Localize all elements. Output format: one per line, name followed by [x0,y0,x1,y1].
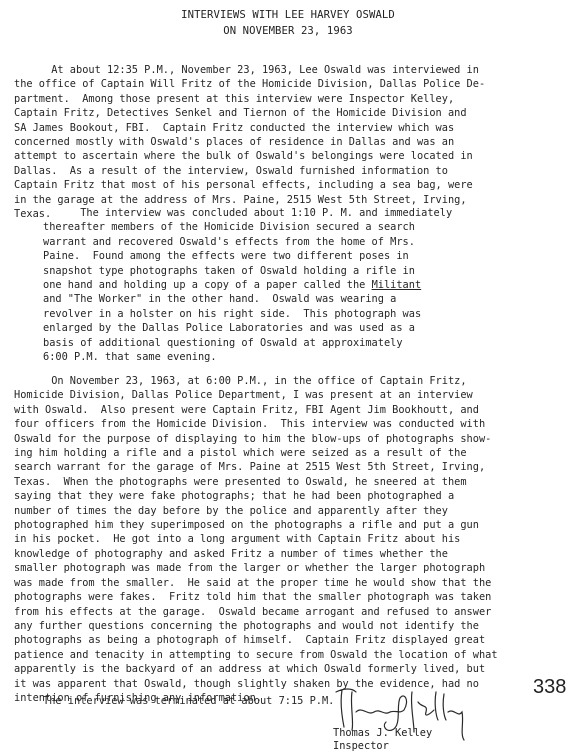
document-subtitle-date: ON NOVEMBER 23, 1963 [0,25,576,37]
paragraph-evening-interview: On November 23, 1963, at 6:00 P.M., in t… [14,374,498,705]
page-number: 338 [533,676,566,699]
paragraph-termination: The interview was terminated at about 7:… [43,694,334,708]
document-title: INTERVIEWS WITH LEE HARVEY OSWALD [0,9,576,21]
signature-block: Thomas J. Kelley Inspector [333,727,432,753]
paragraph-search-warrant: The interview was concluded about 1:10 P… [43,206,452,364]
signer-name: Thomas J. Kelley [333,727,432,739]
document-page: INTERVIEWS WITH LEE HARVEY OSWALD ON NOV… [0,0,576,755]
signer-title: Inspector [333,740,389,752]
paragraph-first-interview: At about 12:35 P.M., November 23, 1963, … [14,63,485,221]
underlined-publication-name: Militant [372,279,422,291]
